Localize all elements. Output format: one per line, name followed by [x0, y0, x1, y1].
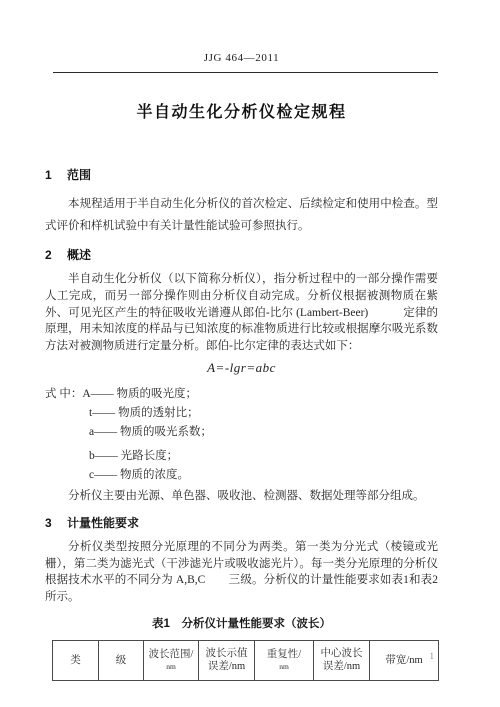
header-cell-line: nm	[257, 662, 311, 673]
definition-item: c—— 物质的浓度。	[89, 469, 189, 481]
table1-header-cell-indication-error: 波长示值 误差/nm	[199, 640, 255, 680]
section-number: 1	[45, 168, 67, 182]
section-heading-overview: 2 概述	[45, 246, 438, 263]
section-number: 2	[45, 248, 67, 262]
document-page: JJG 464—2011 半自动生化分析仪检定规程 1 范围 本规程适用于半自动…	[0, 0, 500, 707]
header-cell-line: 波长示值	[201, 647, 252, 661]
table1-header-row: 类 级 波长范围/ nm 波长示值 误差/nm 重复性/	[53, 640, 439, 680]
header-cell-line: nm	[146, 662, 196, 673]
table1-caption: 表1 分析仪计量性能要求（波长）	[45, 615, 438, 631]
header-cell-line: 误差/nm	[316, 660, 367, 674]
lambert-beer-formula: A=-lgr=abc	[45, 360, 438, 376]
document-title: 半自动生化分析仪检定规程	[45, 99, 438, 122]
header-cell-line: 类	[55, 654, 96, 668]
definition-row: 式 中：A—— 物质的吸光度；	[45, 385, 438, 404]
definition-item: A—— 物质的吸光度；	[82, 388, 197, 400]
page-content: JJG 464—2011 半自动生化分析仪检定规程 1 范围 本规程适用于半自动…	[0, 0, 500, 681]
section-heading-requirements: 3 计量性能要求	[45, 514, 438, 531]
definition-row: a—— 物质的吸光系数；	[45, 423, 438, 442]
section-heading-text: 计量性能要求	[67, 514, 139, 531]
overview-closing-paragraph: 分析仪主要由光源、单色器、吸收池、检测器、数据处理等部分组成。	[45, 488, 438, 505]
requirements-paragraph: 分析仪类型按照分光原理的不同分为两类。第一类为分光式（棱镜或光栅），第二类为滤光…	[45, 539, 438, 606]
section-heading-text: 范围	[67, 166, 91, 183]
header-cell-line: 中心波长	[316, 647, 367, 661]
scope-paragraph: 本规程适用于半自动生化分析仪的首次检定、后续检定和使用中检查。型式评价和样机试验…	[45, 193, 438, 237]
definition-row: t—— 物质的透射比；	[45, 404, 438, 423]
overview-paragraph: 半自动生化分析仪（以下简称分析仪），指分析过程中的一部分操作需要人工完成，而另一…	[45, 271, 438, 355]
table1-header-cell-bandwidth: 带宽/nm	[370, 640, 439, 680]
section-heading-scope: 1 范围	[45, 166, 438, 183]
header-cell-line: 波长范围/	[146, 648, 196, 662]
page-number: 1	[430, 651, 435, 661]
header-cell-line: 带宽/nm	[372, 654, 436, 668]
definition-row: c—— 物质的浓度。	[45, 466, 438, 485]
definition-row: b—— 光路长度；	[45, 447, 438, 466]
table1: 类 级 波长范围/ nm 波长示值 误差/nm 重复性/	[52, 640, 439, 681]
header-cell-line: 级	[101, 654, 141, 668]
header-cell-line: 误差/nm	[201, 660, 252, 674]
table1-header-cell-center-wavelength-error: 中心波长 误差/nm	[314, 640, 370, 680]
table1-header-cell-type: 类	[53, 640, 99, 680]
section-number: 3	[45, 516, 67, 530]
header-rule	[53, 72, 438, 73]
table1-header-cell-repeatability: 重复性/ nm	[255, 640, 314, 680]
table1-header-cell-grade: 级	[99, 640, 144, 680]
definition-item: a—— 物质的吸光系数；	[89, 426, 212, 438]
section-heading-text: 概述	[67, 246, 91, 263]
table1-header-cell-wavelength-range: 波长范围/ nm	[144, 640, 199, 680]
definition-lead: 式 中：	[45, 388, 82, 400]
definition-item: t—— 物质的透射比；	[89, 407, 199, 419]
document-code-header: JJG 464—2011	[45, 0, 438, 64]
definition-item: b—— 光路长度；	[89, 450, 178, 462]
header-cell-line: 重复性/	[257, 648, 311, 662]
